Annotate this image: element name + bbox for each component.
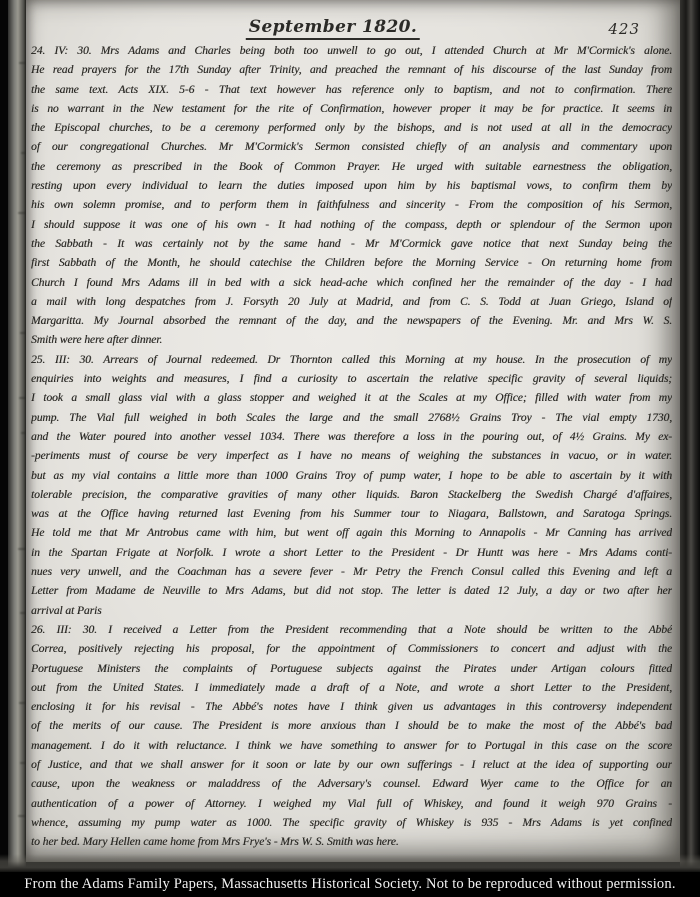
manuscript-line: first Sabbath of the Month, he should ca…: [31, 253, 672, 272]
manuscript-line: 26. III: 30. I received a Letter from th…: [31, 620, 672, 639]
previous-page-edge: [8, 0, 26, 872]
manuscript-text: 24. IV: 30. Mrs Adams and Charles being …: [31, 41, 672, 851]
book-binding-edge: [680, 0, 700, 872]
manuscript-line: the ceremony as prescribed in the Book o…: [31, 157, 672, 176]
manuscript-line: and the Water poured into another vessel…: [31, 427, 672, 446]
manuscript-line: Correa, positively rejecting his proposa…: [31, 639, 672, 658]
manuscript-line: I should suppose it was one of his own -…: [31, 215, 672, 234]
manuscript-line: tolerable precision, the comparative gra…: [31, 485, 672, 504]
manuscript-line: enquiries into weights and measures, I f…: [31, 369, 672, 388]
manuscript-line: his own solemn promise, and to perform t…: [31, 195, 672, 214]
manuscript-line: enclosing it for his revisal - The Abbé'…: [31, 697, 672, 716]
manuscript-line: management. I do it with reluctance. I t…: [31, 736, 672, 755]
manuscript-line: a mail with long despatches from J. Fors…: [31, 292, 672, 311]
scanned-book-page: September 1820. 423 24. IV: 30. Mrs Adam…: [0, 0, 700, 897]
manuscript-line: to her bed. Mary Hellen came home from M…: [31, 832, 672, 851]
manuscript-line: of Justice, and that we shall answer for…: [31, 755, 672, 774]
page-number: 423: [608, 20, 640, 38]
manuscript-line: 24. IV: 30. Mrs Adams and Charles being …: [31, 41, 672, 60]
manuscript-line: was at the Office having returned last E…: [31, 504, 672, 523]
archive-credit-bar: From the Adams Family Papers, Massachuse…: [0, 872, 700, 897]
manuscript-line: is no warrant in the New testament for t…: [31, 99, 672, 118]
manuscript-line: out from the United States. I immediatel…: [31, 678, 672, 697]
manuscript-line: nues very unwell, and the Coachman has a…: [31, 562, 672, 581]
book-bottom-edge: [0, 854, 700, 872]
manuscript-line: the Sabbath - It was certainly not by th…: [31, 234, 672, 253]
manuscript-line: Smith were here after dinner.: [31, 330, 672, 349]
manuscript-line: -periments must of course be very imperf…: [31, 446, 672, 465]
manuscript-line: in the Spartan Frigate at Norfolk. I wro…: [31, 543, 672, 562]
manuscript-line: He read prayers for the 17th Sunday afte…: [31, 60, 672, 79]
manuscript-line: He told me that Mr Antrobus came with hi…: [31, 523, 672, 542]
manuscript-line: I took a small glass vial with a glass s…: [31, 388, 672, 407]
manuscript-line: arrival at Paris: [31, 601, 672, 620]
manuscript-line: but as my vial contains a little more th…: [31, 466, 672, 485]
manuscript-line: 25. III: 30. Arrears of Journal redeemed…: [31, 350, 672, 369]
manuscript-line: the same text. Acts XIX. 5-6 - That text…: [31, 80, 672, 99]
manuscript-line: resting upon every individual to learn t…: [31, 176, 672, 195]
manuscript-line: whence, assuming my pump water as 1000. …: [31, 813, 672, 832]
manuscript-line: cause, upon the weakness or maladdress o…: [31, 774, 672, 793]
manuscript-line: of our congregational Churches. Mr M'Cor…: [31, 137, 672, 156]
manuscript-line: Church I found Mrs Adams ill in bed with…: [31, 273, 672, 292]
manuscript-line: of the merits of our cause. The Presiden…: [31, 716, 672, 735]
manuscript-page: September 1820. 423 24. IV: 30. Mrs Adam…: [26, 0, 680, 862]
manuscript-line: Letter from Madame de Neuville to Mrs Ad…: [31, 581, 672, 600]
manuscript-line: Portuguese Ministers the complaints of P…: [31, 659, 672, 678]
manuscript-line: authentication of a power of Attorney. I…: [31, 794, 672, 813]
manuscript-line: Margaritta. My Journal absorbed the remn…: [31, 311, 672, 330]
page-title: September 1820.: [246, 17, 420, 40]
manuscript-line: the Episcopal churches, to be a ceremony…: [31, 118, 672, 137]
manuscript-line: pump. The Vial full weighed in both Scal…: [31, 408, 672, 427]
page-edge-ghost-mark: [18, 815, 26, 817]
archive-credit-text: From the Adams Family Papers, Massachuse…: [24, 876, 675, 892]
